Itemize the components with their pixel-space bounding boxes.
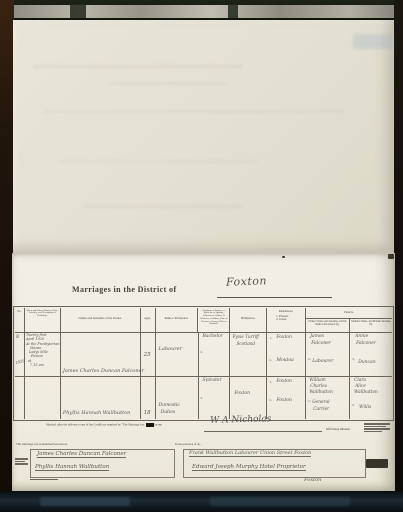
groom-signature: James Charles Duncan Falconer — [37, 451, 126, 458]
fine-print-block-left — [15, 458, 28, 465]
printed-marker-2: 2. — [308, 357, 310, 361]
bride-birthplace: Foxton — [234, 391, 250, 396]
cell-bride-mother: Clara Alice Wallbutton 3. Willis — [350, 377, 392, 419]
cell-groom-condition: Bachelor 2. — [199, 333, 231, 377]
cell-groom-age: 25 — [141, 333, 156, 377]
groom-age: 25 — [144, 352, 151, 358]
register-book-photo: Marriages in the District of Foxton No. … — [0, 0, 403, 512]
groom-birthplace-line: Fyvie Turriff — [232, 334, 259, 339]
bride-rank-line: Domestic — [159, 403, 180, 408]
table-row-bride: Phyllis Hannah Wallbutton 18 Domestic Du… — [15, 377, 392, 419]
party-signatures-box: James Charles Duncan Falconer Phyllis Ha… — [30, 449, 175, 478]
bride-mother-line: Clara — [354, 378, 366, 383]
bride-signature: Phyllis Hannah Wallbutton — [35, 464, 109, 471]
groom-mother-maiden: Duncan — [358, 360, 376, 365]
officiating-minister-label: Officiating Minister — [326, 427, 350, 431]
groom-father-line: Falconer — [311, 341, 331, 346]
cell-bride-rank: Domestic Duties — [156, 377, 199, 419]
printed-marker-2: 2. — [201, 350, 203, 354]
bride-father-line: Wallbutton — [309, 390, 333, 395]
header-no: No. — [15, 308, 25, 333]
cell-bride-residences: 1. Foxton 2. Foxton — [267, 377, 306, 419]
binding-highlight — [210, 497, 350, 506]
ink-speck — [388, 254, 394, 259]
cell-when-where: Twenty first April 1920 At the Presbyter… — [25, 333, 61, 377]
presence-line: In the presence of us, — [175, 442, 201, 446]
bride-residence-usual: Foxton — [276, 398, 292, 403]
header-birthplaces: Birthplaces. — [230, 308, 267, 333]
cell-bride-birthplace: Foxton — [230, 377, 267, 419]
faint-blue-mark — [353, 34, 393, 49]
groom-rank: Labourer — [159, 346, 182, 352]
cell-groom-father: James Falconer 2. Labourer — [306, 333, 350, 377]
cell-when-where-cont — [25, 377, 61, 419]
bride-father-line: William — [309, 378, 325, 383]
groom-father-rank: Labourer — [312, 359, 333, 364]
entry-year: 1920 — [15, 358, 26, 365]
bride-residence-present: Foxton — [276, 379, 292, 384]
printed-marker-2: 2. — [269, 398, 271, 402]
header-condition: Condition of Parties, i.e. Bachelor or S… — [198, 308, 230, 333]
groom-residence-present: Foxton — [276, 335, 292, 340]
cell-entry-no-cont — [15, 377, 25, 419]
page-title: Marriages in the District of — [72, 285, 177, 294]
header-residences-title: Residences. — [268, 310, 304, 314]
header-names: Names and Surnames of the Parties. — [61, 308, 141, 333]
witness-signature-1: Frank Wallbutton Labourer Union Street F… — [189, 450, 311, 457]
title-underline — [217, 297, 332, 298]
header-parents: Parents. — [306, 308, 392, 319]
witness-signature-2: Edward Joseph Murphy Hotel Proprietor — [192, 464, 306, 471]
bleedthrough-text — [83, 205, 243, 208]
table-header-row: No. When and Where Married. (Date, Local… — [15, 308, 392, 333]
cell-groom-name: James Charles Duncan Falconer — [61, 333, 141, 377]
header-father: Father's Name and Surname, and his Rank … — [306, 319, 350, 332]
certification-suffix: by me — [154, 422, 161, 426]
cell-bride-father: William Charles Wallbutton 2. General Ca… — [306, 377, 350, 419]
groom-residence-usual: Moutoa — [276, 358, 293, 363]
witness-signatures-box: Frank Wallbutton Labourer Union Street F… — [183, 449, 366, 478]
binding-notch — [70, 4, 86, 18]
redaction-mark — [146, 423, 154, 427]
bride-father-rank-line: General — [312, 400, 329, 405]
ink-speck — [282, 256, 285, 258]
fine-print-block — [364, 423, 390, 432]
header-ages: Ages. — [141, 308, 156, 333]
bride-condition: Spinster — [203, 378, 222, 383]
bride-age: 18 — [144, 410, 151, 416]
printed-marker-3: 3. — [352, 403, 354, 407]
groom-mother-line: Falconer — [356, 341, 376, 346]
bride-rank-line: Duties — [161, 410, 176, 415]
groom-condition: Bachelor — [203, 334, 223, 339]
bleedthrough-text — [43, 110, 343, 113]
header-parents-group: Parents. Father's Name and Surname, and … — [306, 308, 392, 333]
cell-groom-rank: Labourer — [156, 333, 199, 377]
entry-number: 8 — [16, 334, 19, 340]
cell-groom-residences: 1. Foxton 2. Moutoa — [267, 333, 306, 377]
header-mother: Mother's Name, and Maiden Surname (3). — [350, 319, 392, 332]
fine-print-block-under — [30, 479, 58, 480]
printed-marker-2: 2. — [308, 399, 310, 403]
bride-father-line: Charles — [310, 384, 327, 389]
cell-groom-mother: Annie Falconer 3. Duncan — [350, 333, 392, 377]
binding-notch — [228, 4, 238, 18]
printed-marker-1: 1. — [269, 380, 271, 384]
printed-marker-1: 1. — [269, 336, 271, 340]
groom-name: James Charles Duncan Falconer — [63, 368, 144, 374]
bride-mother-line: Wallbutton — [354, 390, 378, 395]
cell-groom-birthplace: Fyvie Turriff Scotland — [230, 333, 267, 377]
groom-father-line: James — [310, 334, 324, 339]
fine-print-stamp-right — [366, 459, 388, 468]
blank-verso-page — [13, 20, 394, 253]
bleedthrough-text — [33, 65, 243, 68]
cell-entry-no: 8 1920 — [15, 333, 25, 377]
bride-mother-maiden: Willis — [359, 405, 371, 410]
groom-mother-line: Annie — [355, 334, 368, 339]
table-row-groom: 8 1920 Twenty first April 1920 At the Pr… — [15, 333, 392, 377]
binding-highlight — [40, 497, 130, 506]
header-when-where: When and Where Married. (Date, Locality,… — [25, 308, 61, 333]
certification-printed-text: Married, after the delivery to me of the… — [46, 423, 204, 427]
header-residences-usual: 2. Usual. — [268, 318, 304, 322]
witness-2-place: Foxton — [304, 477, 321, 483]
cell-bride-condition: Spinster 2. — [199, 377, 231, 419]
bride-name: Phyllis Hannah Wallbutton — [63, 410, 131, 416]
marriage-register-table: No. When and Where Married. (Date, Local… — [14, 307, 393, 420]
minister-signature-line — [204, 431, 322, 432]
header-rank: Rank or Profession. — [156, 308, 199, 333]
bleedthrough-text — [58, 160, 258, 163]
bleedthrough-text — [108, 82, 228, 85]
header-residences: Residences. 1. Present. 2. Usual. — [267, 308, 306, 333]
cell-bride-age: 18 — [141, 377, 156, 419]
district-name-handwritten: Foxton — [226, 274, 267, 288]
bride-father-rank-line: Carrier — [313, 407, 329, 412]
printed-marker-2: 2. — [269, 358, 271, 362]
book-edge-right — [394, 0, 403, 512]
minister-signature: W A Nicholas — [210, 414, 272, 426]
printed-marker-3: 3. — [352, 357, 354, 361]
marriage-register-page: Marriages in the District of Foxton No. … — [12, 253, 395, 491]
page-edge-stack — [10, 5, 396, 18]
bride-mother-line: Alice — [355, 384, 366, 389]
cell-bride-name: Phyllis Hannah Wallbutton — [61, 377, 141, 419]
solemnized-line: This Marriage was solemnized between us, — [16, 442, 68, 446]
printed-marker-2: 2. — [201, 396, 203, 400]
groom-birthplace-line: Scotland — [236, 341, 255, 346]
certification-prefix: Married, after the delivery to me of the… — [46, 422, 145, 426]
